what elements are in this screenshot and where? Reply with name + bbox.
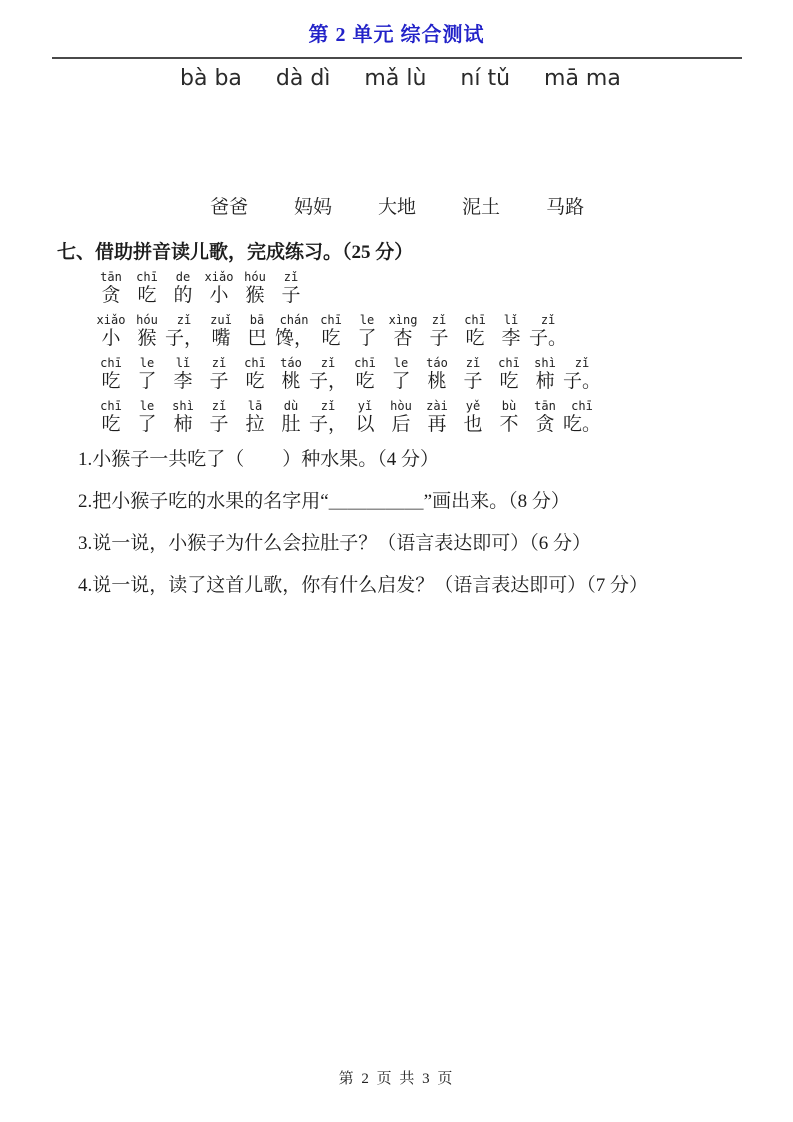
hanzi-word: 泥土	[462, 192, 500, 219]
question-3: 3.说一说，小猴子为什么会拉肚子？（语言表达即可）（6 分）	[78, 528, 648, 570]
hanzi-text: 李	[502, 327, 521, 350]
rhyme-syllable: bā巴	[239, 313, 275, 350]
question-list: 1.小猴子一共吃了（ ）种水果。（4 分） 2.把小猴子吃的水果的名字用“＿＿＿…	[78, 444, 648, 612]
pinyin-word: mǎ lù	[364, 66, 426, 91]
hanzi-text: 了	[358, 327, 377, 350]
pinyin-text: chī	[244, 356, 266, 370]
rhyme-line: tān贪chī吃de的xiǎo小hóu猴zǐ子	[93, 270, 601, 307]
pinyin-text: lā	[248, 399, 262, 413]
pinyin-text: chī	[136, 270, 158, 284]
pinyin-text: táo	[280, 356, 302, 370]
pinyin-text: shì	[534, 356, 556, 370]
pinyin-text: táo	[426, 356, 448, 370]
rhyme-syllable: chī吃	[313, 313, 349, 350]
hanzi-text: 了	[137, 370, 156, 393]
rhyme-line: chī吃le了lǐ李zǐ子chī吃táo桃zǐ子，chī吃le了táo桃zǐ子c…	[93, 356, 601, 393]
pinyin-text: lǐ	[504, 313, 518, 327]
rhyme-syllable: chī吃	[457, 313, 493, 350]
hanzi-text: 吃。	[563, 413, 601, 436]
pinyin-text: le	[394, 356, 408, 370]
pinyin-text: zǐ	[177, 313, 191, 327]
hanzi-text: 猴	[137, 327, 156, 350]
pinyin-text: zǐ	[212, 399, 226, 413]
hanzi-text: 贪	[536, 413, 555, 436]
rhyme-syllable: zǐ子	[273, 270, 309, 307]
question-1: 1.小猴子一共吃了（ ）种水果。（4 分）	[78, 444, 648, 486]
rhyme-syllable: chī吃	[491, 356, 527, 393]
rhyme-syllable: shì柿	[527, 356, 563, 393]
pinyin-text: lǐ	[176, 356, 190, 370]
hanzi-text: 拉	[245, 413, 264, 436]
hanzi-text: 柿	[173, 413, 192, 436]
pinyin-text: hóu	[244, 270, 266, 284]
pinyin-text: hòu	[390, 399, 412, 413]
rhyme-syllable: chī吃	[129, 270, 165, 307]
pinyin-text: zǐ	[284, 270, 298, 284]
pinyin-text: zǐ	[466, 356, 480, 370]
hanzi-text: 桃	[428, 370, 447, 393]
rhyme-syllable: xiǎo小	[201, 270, 237, 307]
hanzi-text: 了	[392, 370, 411, 393]
hanzi-text: 吃	[500, 370, 519, 393]
hanzi-text: 也	[464, 413, 483, 436]
hanzi-text: 杏	[394, 327, 413, 350]
pinyin-text: xiǎo	[97, 313, 126, 327]
rhyme-syllable: le了	[383, 356, 419, 393]
pinyin-text: zǐ	[212, 356, 226, 370]
hanzi-text: 肚	[281, 413, 300, 436]
hanzi-text: 柿	[536, 370, 555, 393]
pinyin-text: chán	[280, 313, 309, 327]
pinyin-text: yě	[466, 399, 480, 413]
hanzi-text: 子。	[529, 327, 567, 350]
pinyin-word: ní tǔ	[460, 66, 510, 91]
rhyme-syllable: yǐ以	[347, 399, 383, 436]
hanzi-text: 子	[209, 370, 228, 393]
matching-word-row: 爸爸 妈妈 大地 泥土 马路	[210, 192, 584, 219]
rhyme-syllable: zǐ子	[421, 313, 457, 350]
rhyme-syllable: táo桃	[273, 356, 309, 393]
hanzi-word: 妈妈	[294, 192, 332, 219]
rhyme-syllable: yě也	[455, 399, 491, 436]
hanzi-text: 子	[430, 327, 449, 350]
pinyin-text: hóu	[136, 313, 158, 327]
rhyme-line: xiǎo小hóu猴zǐ子，zuǐ嘴bā巴chán馋，chī吃le了xìng杏zǐ…	[93, 313, 601, 350]
hanzi-text: 李	[173, 370, 192, 393]
rhyme-syllable: zuǐ嘴	[203, 313, 239, 350]
hanzi-text: 嘴	[212, 327, 231, 350]
pinyin-text: xiǎo	[205, 270, 234, 284]
pinyin-word: mā ma	[544, 66, 621, 91]
pinyin-text: dù	[284, 399, 298, 413]
rhyme-syllable: xiǎo小	[93, 313, 129, 350]
rhyme-syllable: zǐ子	[201, 399, 237, 436]
matching-pinyin-row: bà ba dà dì mǎ lù ní tǔ mā ma	[180, 66, 621, 91]
hanzi-text: 吃	[466, 327, 485, 350]
pinyin-text: zǐ	[321, 399, 335, 413]
hanzi-text: 子，	[309, 413, 347, 436]
pinyin-text: xìng	[389, 313, 418, 327]
hanzi-text: 吃	[137, 284, 156, 307]
hanzi-text: 吃	[356, 370, 375, 393]
hanzi-text: 了	[137, 413, 156, 436]
pinyin-text: chī	[320, 313, 342, 327]
hanzi-text: 吃	[322, 327, 341, 350]
pinyin-text: le	[140, 399, 154, 413]
rhyme-syllable: xìng杏	[385, 313, 421, 350]
hanzi-text: 子，	[165, 327, 203, 350]
rhyme-syllable: chī吃。	[563, 399, 601, 436]
pinyin-text: le	[360, 313, 374, 327]
rhyme-syllable: hòu后	[383, 399, 419, 436]
rhyme-syllable: zǐ子。	[563, 356, 601, 393]
rhyme-block: tān贪chī吃de的xiǎo小hóu猴zǐ子xiǎo小hóu猴zǐ子，zuǐ嘴…	[93, 270, 601, 442]
rhyme-line: chī吃le了shì柿zǐ子lā拉dù肚zǐ子，yǐ以hòu后zài再yě也bù…	[93, 399, 601, 436]
rhyme-syllable: tān贪	[527, 399, 563, 436]
rhyme-syllable: dù肚	[273, 399, 309, 436]
hanzi-text: 子	[281, 284, 300, 307]
hanzi-text: 贪	[101, 284, 120, 307]
rhyme-syllable: zǐ子，	[309, 399, 347, 436]
rhyme-syllable: chī吃	[237, 356, 273, 393]
pinyin-text: chī	[100, 399, 122, 413]
rhyme-syllable: chī吃	[93, 356, 129, 393]
hanzi-text: 子	[209, 413, 228, 436]
pinyin-text: tān	[534, 399, 556, 413]
question-2: 2.把小猴子吃的水果的名字用“＿＿＿＿＿”画出来。（8 分）	[78, 486, 648, 528]
pinyin-word: dà dì	[276, 66, 331, 91]
rhyme-syllable: zǐ子	[201, 356, 237, 393]
header-divider	[52, 57, 742, 59]
hanzi-text: 小	[209, 284, 228, 307]
rhyme-syllable: hóu猴	[237, 270, 273, 307]
rhyme-syllable: le了	[129, 356, 165, 393]
rhyme-syllable: le了	[129, 399, 165, 436]
pinyin-text: zài	[426, 399, 448, 413]
rhyme-syllable: zǐ子，	[165, 313, 203, 350]
hanzi-text: 的	[173, 284, 192, 307]
page-footer: 第 2 页 共 3 页	[0, 1067, 793, 1088]
pinyin-text: zǐ	[321, 356, 335, 370]
hanzi-text: 小	[101, 327, 120, 350]
rhyme-syllable: lǐ李	[493, 313, 529, 350]
hanzi-text: 巴	[248, 327, 267, 350]
rhyme-syllable: le了	[349, 313, 385, 350]
pinyin-text: chī	[100, 356, 122, 370]
pinyin-text: chī	[571, 399, 593, 413]
rhyme-syllable: chī吃	[347, 356, 383, 393]
hanzi-word: 马路	[546, 192, 584, 219]
pinyin-text: zuǐ	[210, 313, 232, 327]
pinyin-word: bà ba	[180, 66, 242, 91]
hanzi-text: 不	[500, 413, 519, 436]
page-header-title: 第 2 单元 综合测试	[0, 18, 793, 47]
rhyme-syllable: lā拉	[237, 399, 273, 436]
hanzi-text: 猴	[245, 284, 264, 307]
rhyme-syllable: shì柿	[165, 399, 201, 436]
rhyme-syllable: zài再	[419, 399, 455, 436]
pinyin-text: zǐ	[575, 356, 589, 370]
hanzi-text: 馋，	[275, 327, 313, 350]
rhyme-syllable: zǐ子。	[529, 313, 567, 350]
hanzi-text: 吃	[101, 370, 120, 393]
pinyin-text: bù	[502, 399, 516, 413]
pinyin-text: chī	[498, 356, 520, 370]
section-seven-title: 七、借助拼音读儿歌，完成练习。（25 分）	[57, 237, 413, 264]
pinyin-text: chī	[464, 313, 486, 327]
hanzi-text: 桃	[281, 370, 300, 393]
hanzi-text: 后	[392, 413, 411, 436]
hanzi-text: 再	[428, 413, 447, 436]
hanzi-word: 爸爸	[210, 192, 248, 219]
rhyme-syllable: chī吃	[93, 399, 129, 436]
rhyme-syllable: zǐ子，	[309, 356, 347, 393]
hanzi-text: 子	[464, 370, 483, 393]
hanzi-text: 以	[356, 413, 375, 436]
rhyme-syllable: bù不	[491, 399, 527, 436]
test-paper-page: 第 2 单元 综合测试 bà ba dà dì mǎ lù ní tǔ mā m…	[0, 0, 793, 1122]
rhyme-syllable: táo桃	[419, 356, 455, 393]
pinyin-text: de	[176, 270, 190, 284]
pinyin-text: yǐ	[358, 399, 372, 413]
pinyin-text: le	[140, 356, 154, 370]
hanzi-text: 子。	[563, 370, 601, 393]
pinyin-text: chī	[354, 356, 376, 370]
pinyin-text: zǐ	[541, 313, 555, 327]
rhyme-syllable: de的	[165, 270, 201, 307]
pinyin-text: zǐ	[432, 313, 446, 327]
question-4: 4.说一说，读了这首儿歌，你有什么启发？（语言表达即可）（7 分）	[78, 570, 648, 612]
rhyme-syllable: tān贪	[93, 270, 129, 307]
pinyin-text: shì	[172, 399, 194, 413]
hanzi-word: 大地	[378, 192, 416, 219]
rhyme-syllable: lǐ李	[165, 356, 201, 393]
hanzi-text: 子，	[309, 370, 347, 393]
hanzi-text: 吃	[245, 370, 264, 393]
rhyme-syllable: chán馋，	[275, 313, 313, 350]
pinyin-text: bā	[250, 313, 264, 327]
rhyme-syllable: zǐ子	[455, 356, 491, 393]
rhyme-syllable: hóu猴	[129, 313, 165, 350]
pinyin-text: tān	[100, 270, 122, 284]
hanzi-text: 吃	[101, 413, 120, 436]
